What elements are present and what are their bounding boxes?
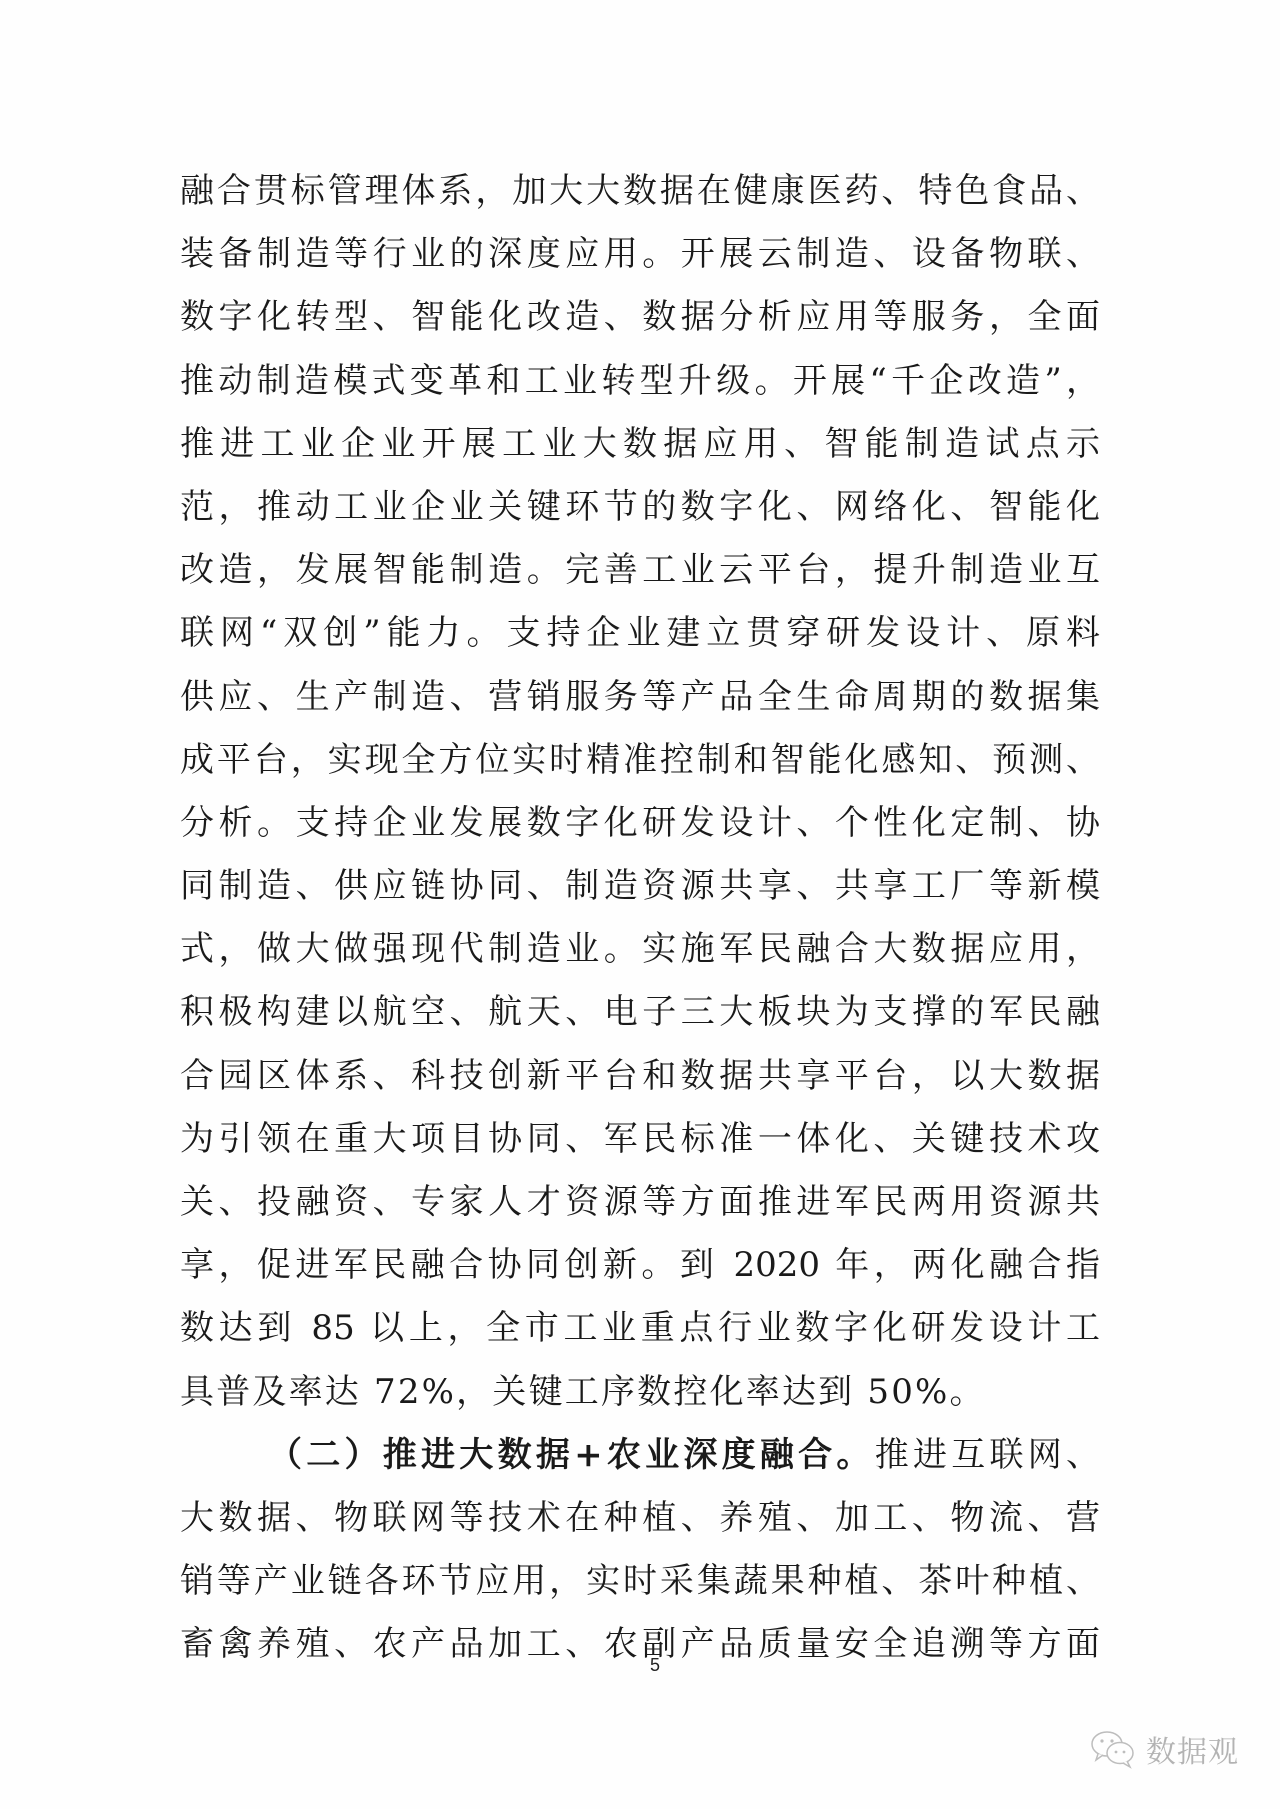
document-page: 融合贯标管理体系，加大大数据在健康医药、特色食品、 装备制造等行业的深度应用。开… [0,0,1280,1809]
paragraph-line: 大数据、物联网等技术在种植、养殖、加工、物流、营 [180,1487,1100,1550]
section-heading: （二）推进大数据+农业深度融合。 [268,1435,875,1475]
paragraph-line: 融合贯标管理体系，加大大数据在健康医药、特色食品、 [180,160,1100,223]
paragraph-line: 分析。支持企业发展数字化研发设计、个性化定制、协 [180,792,1100,855]
paragraph-line: 享，促进军民融合协同创新。到 2020 年，两化融合指 [180,1234,1100,1297]
paragraph-line: 具普及率达 72%，关键工序数控化率达到 50%。 [180,1361,1100,1424]
paragraph-line: 装备制造等行业的深度应用。开展云制造、设备物联、 [180,223,1100,286]
paragraph-line: 联网“双创”能力。支持企业建立贯穿研发设计、原料 [180,602,1100,665]
paragraph-line: 式，做大做强现代制造业。实施军民融合大数据应用， [180,918,1100,981]
section-heading-rest: 推进互联网、 [875,1435,1100,1475]
paragraph-line: 积极构建以航空、航天、电子三大板块为支撑的军民融 [180,981,1100,1044]
paragraph-line: 合园区体系、科技创新平台和数据共享平台，以大数据 [180,1045,1100,1108]
paragraph-line: 成平台，实现全方位实时精准控制和智能化感知、预测、 [180,729,1100,792]
wechat-icon [1090,1729,1136,1769]
paragraph-line: 范，推动工业企业关键环节的数字化、网络化、智能化 [180,476,1100,539]
paragraph-line: 畜禽养殖、农产品加工、农副产品质量安全追溯等方面 [180,1613,1100,1676]
paragraph-line: 销等产业链各环节应用，实时采集蔬果种植、茶叶种植、 [180,1550,1100,1613]
paragraph-line: 推动制造模式变革和工业转型升级。开展“千企改造”， [180,350,1100,413]
watermark: 数据观 [1090,1727,1239,1771]
paragraph-line: 为引领在重大项目协同、军民标准一体化、关键技术攻 [180,1108,1100,1171]
document-body: 融合贯标管理体系，加大大数据在健康医药、特色食品、 装备制造等行业的深度应用。开… [180,160,1100,1677]
paragraph-line: 同制造、供应链协同、制造资源共享、共享工厂等新模 [180,855,1100,918]
watermark-text: 数据观 [1146,1727,1239,1771]
paragraph-line: 改造，发展智能制造。完善工业云平台，提升制造业互 [180,539,1100,602]
paragraph-line: 数字化转型、智能化改造、数据分析应用等服务，全面 [180,286,1100,349]
section-heading-line: （二）推进大数据+农业深度融合。推进互联网、 [180,1424,1100,1487]
paragraph-line: 关、投融资、专家人才资源等方面推进军民两用资源共 [180,1171,1100,1234]
paragraph-line: 供应、生产制造、营销服务等产品全生命周期的数据集 [180,666,1100,729]
paragraph-line: 推进工业企业开展工业大数据应用、智能制造试点示 [180,413,1100,476]
page-number: 5 [650,1655,660,1676]
paragraph-line: 数达到 85 以上，全市工业重点行业数字化研发设计工 [180,1297,1100,1360]
